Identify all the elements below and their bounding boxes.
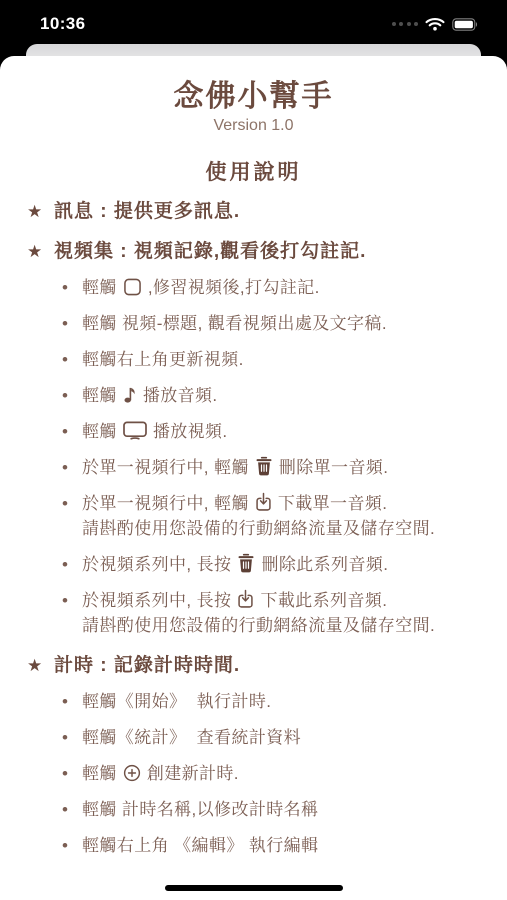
list-item: • 於單一視頻行中, 輕觸下載單一音頻.請斟酌使用您設備的行動網絡流量及儲存空間… — [0, 492, 507, 540]
instruction-text: 輕觸 視頻-標題, 觀看視頻出處及文字稿. — [82, 312, 387, 335]
clock-text: 10:36 — [40, 14, 85, 34]
list-item: • 輕觸《開始》 執行計時. — [0, 690, 507, 713]
instruction-text: 輕觸《統計》 查看統計資料 — [82, 726, 301, 749]
instruction-text: 於單一視頻行中, 輕觸下載單一音頻.請斟酌使用您設備的行動網絡流量及儲存空間. — [82, 492, 435, 540]
bullet-dot: • — [62, 690, 82, 713]
bullet-dot: • — [62, 384, 82, 407]
display-icon — [123, 421, 147, 440]
status-icons — [392, 17, 480, 31]
section-header-videos: ★ 視頻集 : 視頻記錄,觀看後打勾註記. — [0, 236, 507, 263]
bullet-dot: • — [62, 589, 82, 637]
home-indicator[interactable] — [165, 885, 343, 891]
list-item: • 於視頻系列中, 長按刪除此系列音頻. — [0, 553, 507, 576]
section-title: 視頻集 : 視頻記錄,觀看後打勾註記. — [54, 236, 366, 263]
list-item: • 輕觸,修習視頻後,打勾註記. — [0, 276, 507, 299]
music-note-icon — [123, 385, 137, 404]
instruction-text: 輕觸右上角 《編輯》 執行編輯 — [82, 834, 318, 857]
section-title: 訊息 : 提供更多訊息. — [54, 196, 240, 223]
bullet-dot: • — [62, 492, 82, 540]
instruction-text: 輕觸創建新計時. — [82, 762, 239, 785]
list-item: • 輕觸右上角 《編輯》 執行編輯 — [0, 834, 507, 857]
instruction-text: 於視頻系列中, 長按下載此系列音頻.請斟酌使用您設備的行動網絡流量及儲存空間. — [82, 589, 435, 637]
bullet-dot: • — [62, 798, 82, 821]
instruction-text: 輕觸右上角更新視頻. — [82, 348, 244, 371]
section-title: 計時 : 記錄計時時間. — [54, 650, 240, 677]
list-item: • 輕觸 視頻-標題, 觀看視頻出處及文字稿. — [0, 312, 507, 335]
app-title: 念佛小幫手 — [0, 71, 507, 115]
trash-icon — [255, 456, 273, 476]
plus-circle-icon — [123, 764, 141, 782]
list-item: • 輕觸《統計》 查看統計資料 — [0, 726, 507, 749]
bullet-dot: • — [62, 456, 82, 479]
bullet-dot: • — [62, 553, 82, 576]
star-icon: ★ — [27, 242, 54, 262]
battery-icon — [452, 18, 479, 31]
download-icon — [237, 589, 254, 609]
bullet-dot: • — [62, 726, 82, 749]
list-item: • 輕觸創建新計時. — [0, 762, 507, 785]
instruction-text: 於視頻系列中, 長按刪除此系列音頻. — [82, 553, 388, 576]
data-usage-note: 請斟酌使用您設備的行動網絡流量及儲存空間. — [82, 614, 435, 637]
instruction-text: 輕觸《開始》 執行計時. — [82, 690, 271, 713]
instruction-text: 輕觸播放視頻. — [82, 420, 228, 443]
section-header-timer: ★ 計時 : 記錄計時時間. — [0, 650, 507, 677]
bullet-dot: • — [62, 762, 82, 785]
star-icon: ★ — [27, 202, 54, 222]
instruction-text: 輕觸播放音頻. — [82, 384, 218, 407]
list-item: • 輕觸播放視頻. — [0, 420, 507, 443]
cellular-signal-icon — [392, 22, 419, 26]
bullet-dot: • — [62, 420, 82, 443]
bullet-dot: • — [62, 834, 82, 857]
wifi-icon — [425, 17, 445, 31]
instruction-text: 輕觸,修習視頻後,打勾註記. — [82, 276, 320, 299]
list-item: • 於單一視頻行中, 輕觸刪除單一音頻. — [0, 456, 507, 479]
phone-screen: 10:36 念佛小幫手 Version 1.0 使用說明 ★ 訊息 : 提供更多… — [0, 0, 507, 900]
list-item: • 輕觸右上角更新視頻. — [0, 348, 507, 371]
bullet-dot: • — [62, 312, 82, 335]
data-usage-note: 請斟酌使用您設備的行動網絡流量及儲存空間. — [82, 517, 435, 540]
trash-icon — [237, 553, 255, 573]
bullet-dot: • — [62, 276, 82, 299]
instruction-text: 輕觸 計時名稱,以修改計時名稱 — [82, 798, 318, 821]
bullet-dot: • — [62, 348, 82, 371]
instruction-text: 於單一視頻行中, 輕觸刪除單一音頻. — [82, 456, 388, 479]
star-icon: ★ — [27, 656, 54, 676]
status-bar: 10:36 — [0, 0, 507, 44]
list-item: • 於視頻系列中, 長按下載此系列音頻.請斟酌使用您設備的行動網絡流量及儲存空間… — [0, 589, 507, 637]
page-title: 使用說明 — [0, 156, 507, 186]
section-header-messages: ★ 訊息 : 提供更多訊息. — [0, 196, 507, 223]
download-icon — [255, 492, 272, 512]
version-label: Version 1.0 — [0, 117, 507, 135]
list-item: • 輕觸 計時名稱,以修改計時名稱 — [0, 798, 507, 821]
help-modal-sheet: 念佛小幫手 Version 1.0 使用說明 ★ 訊息 : 提供更多訊息. ★ … — [0, 56, 507, 900]
list-item: • 輕觸播放音頻. — [0, 384, 507, 407]
checkbox-icon — [123, 278, 142, 296]
